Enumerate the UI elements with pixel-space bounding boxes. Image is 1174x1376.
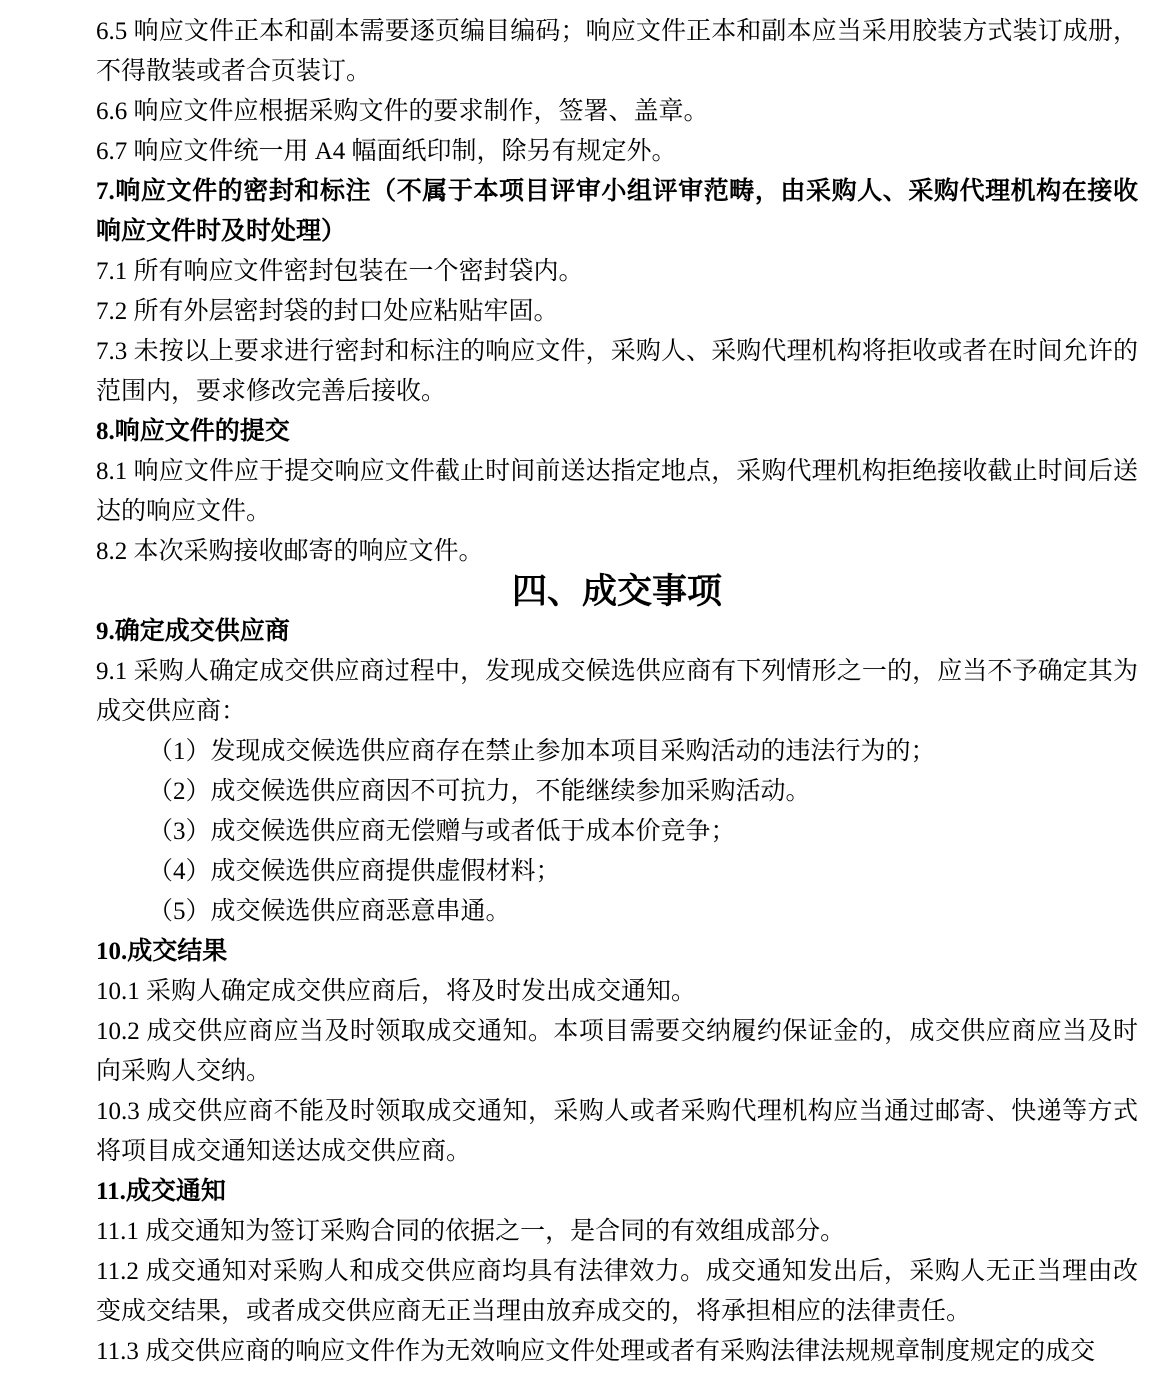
clause-11-1: 11.1 成交通知为签订采购合同的依据之一，是合同的有效组成部分。 bbox=[96, 1212, 1138, 1252]
clause-8-2: 8.2 本次采购接收邮寄的响应文件。 bbox=[96, 532, 1138, 572]
clause-11-2: 11.2 成交通知对采购人和成交供应商均具有法律效力。成交通知发出后，采购人无正… bbox=[96, 1252, 1138, 1332]
clause-10-1: 10.1 采购人确定成交供应商后，将及时发出成交通知。 bbox=[96, 972, 1138, 1012]
clause-7-1: 7.1 所有响应文件密封包装在一个密封袋内。 bbox=[96, 252, 1138, 292]
clause-7-2: 7.2 所有外层密封袋的封口处应粘贴牢固。 bbox=[96, 292, 1138, 332]
subitem-1: （1）发现成交候选供应商存在禁止参加本项目采购活动的违法行为的； bbox=[96, 732, 1138, 772]
clause-10-2: 10.2 成交供应商应当及时领取成交通知。本项目需要交纳履约保证金的，成交供应商… bbox=[96, 1012, 1138, 1092]
subitem-3: （3）成交候选供应商无偿赠与或者低于成本价竞争； bbox=[96, 812, 1138, 852]
document-page: 6.5 响应文件正本和副本需要逐页编目编码；响应文件正本和副本应当采用胶装方式装… bbox=[0, 0, 1174, 1376]
clause-6-6: 6.6 响应文件应根据采购文件的要求制作，签署、盖章。 bbox=[96, 92, 1138, 132]
subitem-5: （5）成交候选供应商恶意串通。 bbox=[96, 892, 1138, 932]
heading-7-sealing-and-marking: 7.响应文件的密封和标注（不属于本项目评审小组评审范畴，由采购人、采购代理机构在… bbox=[96, 172, 1138, 252]
subitem-4: （4）成交候选供应商提供虚假材料； bbox=[96, 852, 1138, 892]
heading-10-award-result: 10.成交结果 bbox=[96, 932, 1138, 972]
heading-9-determine-supplier: 9.确定成交供应商 bbox=[96, 612, 1138, 652]
clause-11-3: 11.3 成交供应商的响应文件作为无效响应文件处理或者有采购法律法规规章制度规定… bbox=[96, 1332, 1138, 1372]
clause-6-7: 6.7 响应文件统一用 A4 幅面纸印制，除另有规定外。 bbox=[96, 132, 1138, 172]
clause-6-5: 6.5 响应文件正本和副本需要逐页编目编码；响应文件正本和副本应当采用胶装方式装… bbox=[96, 12, 1138, 92]
heading-11-award-notice: 11.成交通知 bbox=[96, 1172, 1138, 1212]
chapter-title-award-matters: 四、成交事项 bbox=[96, 572, 1138, 612]
heading-8-submission: 8.响应文件的提交 bbox=[96, 412, 1138, 452]
clause-8-1: 8.1 响应文件应于提交响应文件截止时间前送达指定地点，采购代理机构拒绝接收截止… bbox=[96, 452, 1138, 532]
clause-10-3: 10.3 成交供应商不能及时领取成交通知，采购人或者采购代理机构应当通过邮寄、快… bbox=[96, 1092, 1138, 1172]
subitem-2: （2）成交候选供应商因不可抗力，不能继续参加采购活动。 bbox=[96, 772, 1138, 812]
clause-9-1: 9.1 采购人确定成交供应商过程中，发现成交候选供应商有下列情形之一的，应当不予… bbox=[96, 652, 1138, 732]
clause-7-3: 7.3 未按以上要求进行密封和标注的响应文件，采购人、采购代理机构将拒收或者在时… bbox=[96, 332, 1138, 412]
